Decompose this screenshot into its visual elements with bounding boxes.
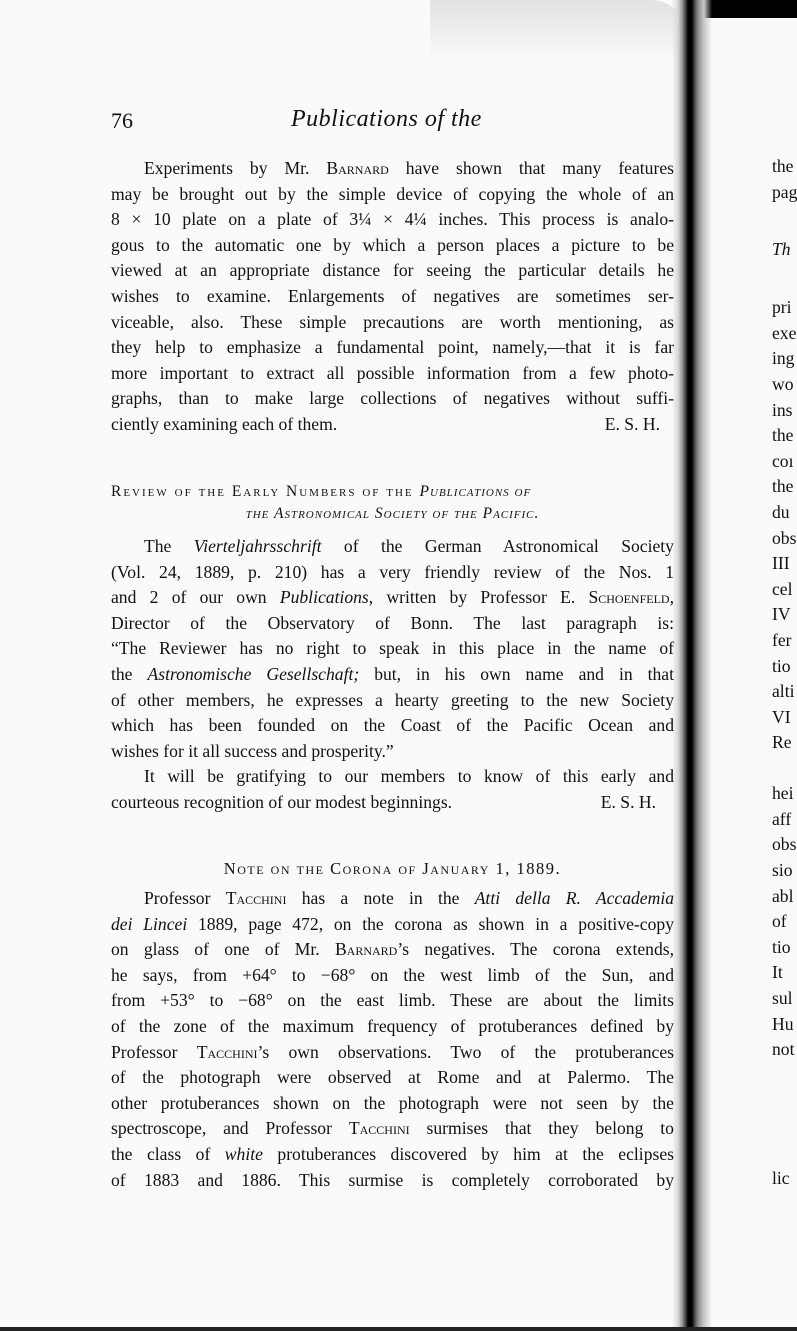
- text-line: (Vol. 24, 1889, p. 210) has a very frien…: [111, 560, 674, 586]
- facing-page-fragment: pri: [772, 295, 792, 321]
- facing-page-fragment: of: [772, 909, 787, 935]
- section-photography-paragraph: Experiments by Mr. Barnard have shown th…: [111, 156, 674, 438]
- facing-page-fragment: III: [772, 551, 790, 577]
- text-line: and 2 of our own Publications, written b…: [111, 585, 674, 611]
- text-line: he says, from +64° to −68° on the west l…: [111, 963, 674, 989]
- section-heading-corona: Note on the Corona of January 1, 1889.: [111, 858, 674, 880]
- text-line: which has been founded on the Coast of t…: [111, 713, 674, 739]
- text-line: spectroscope, and Professor Tacchini sur…: [111, 1116, 674, 1142]
- text-line: of other members, he expresses a hearty …: [111, 688, 674, 714]
- text-line: more important to extract all possible i…: [111, 361, 674, 387]
- facing-page-fragment: sul: [772, 986, 793, 1012]
- text-line: they help to emphasize a fundamental poi…: [111, 335, 674, 361]
- facing-page-fragment: not: [772, 1037, 794, 1063]
- facing-page-fragment: wo: [772, 372, 794, 398]
- facing-page-fragment: Re: [772, 730, 792, 756]
- text-line: of the photograph were observed at Rome …: [111, 1065, 674, 1091]
- text-line: viewed at an appropriate distance for se…: [111, 258, 674, 284]
- text-line: Experiments by Mr. Barnard have shown th…: [111, 156, 674, 182]
- text-line: “The Reviewer has no right to speak in t…: [111, 636, 674, 662]
- running-title: Publications of the: [291, 106, 482, 133]
- signature: E. S. H.: [605, 412, 660, 438]
- facing-page-fragment: pag: [772, 180, 797, 206]
- text-line: Director of the Observatory of Bonn. The…: [111, 611, 674, 637]
- text-line: graphs, than to make large collections o…: [111, 386, 674, 412]
- page-number: 76: [111, 108, 133, 134]
- text-line: 8 × 10 plate on a plate of 3¼ × 4¼ inche…: [111, 207, 674, 233]
- text-line: ciently examining each of them.E. S. H.: [111, 412, 674, 438]
- text-line: Professor Tacchini’s own observations. T…: [111, 1040, 674, 1066]
- facing-page-fragment: obs: [772, 832, 796, 858]
- text-line: It will be gratifying to our members to …: [111, 764, 674, 790]
- text-line: Professor Tacchini has a note in the Att…: [111, 886, 674, 912]
- text-line: gous to the automatic one by which a per…: [111, 233, 674, 259]
- facing-page-fragment: ing: [772, 346, 794, 372]
- facing-page-fragment: obs: [772, 526, 796, 552]
- signature: E. S. H.: [601, 790, 656, 816]
- text-line: may be brought out by the simple device …: [111, 182, 674, 208]
- facing-page-fragment: exe: [772, 321, 796, 347]
- text-line: from +53° to −68° on the east limb. Thes…: [111, 988, 674, 1014]
- facing-page-fragment: the: [772, 474, 794, 500]
- facing-page-fragment: It: [772, 960, 783, 986]
- text-line: other protuberances shown on the photogr…: [111, 1091, 674, 1117]
- facing-page-fragment: alti: [772, 679, 794, 705]
- text-line: viceable, also. These simple precautions…: [111, 310, 674, 336]
- facing-page-fragment: VI: [772, 705, 791, 731]
- facing-page-fragment: tio: [772, 935, 791, 961]
- facing-page-fragment: the: [772, 154, 794, 180]
- text-line: of the zone of the maximum frequency of …: [111, 1014, 674, 1040]
- text-line: dei Lincei 1889, page 472, on the corona…: [111, 912, 674, 938]
- running-head: 76 Publications of the: [111, 108, 671, 140]
- facing-page-fragment: tio: [772, 654, 791, 680]
- facing-page-fragment: abl: [772, 884, 794, 910]
- facing-page-fragment: the: [772, 423, 794, 449]
- text-line: the class of white protuberances discove…: [111, 1142, 674, 1168]
- text-line: courteous recognition of our modest begi…: [111, 790, 674, 816]
- section-corona-body: Professor Tacchini has a note in the Att…: [111, 886, 674, 1193]
- facing-page-fragment: hei: [772, 781, 794, 807]
- facing-page-fragment: Hu: [772, 1012, 794, 1038]
- facing-page-fragment: du: [772, 500, 790, 526]
- section-heading-review: Review of the Early Numbers of the Publi…: [111, 481, 674, 525]
- text-line: The Vierteljahrsschrift of the German As…: [111, 534, 674, 560]
- scan-border-bottom: [0, 1327, 797, 1331]
- section-review-body: The Vierteljahrsschrift of the German As…: [111, 534, 674, 816]
- page-corner-shadow: [430, 0, 690, 60]
- text-line: wishes to examine. Enlargements of negat…: [111, 284, 674, 310]
- text-line: on glass of one of Mr. Barnard’s negativ…: [111, 937, 674, 963]
- facing-page-fragment: lic: [772, 1166, 790, 1192]
- facing-page-fragment: IV: [772, 602, 791, 628]
- text-line: the Astronomische Gesellschaft; but, in …: [111, 662, 674, 688]
- facing-page-fragment: fer: [772, 628, 792, 654]
- book-gutter: [672, 0, 712, 1331]
- facing-page-fragment: ins: [772, 398, 793, 424]
- facing-page-fragment: Th: [772, 237, 791, 263]
- facing-page-fragment: cel: [772, 577, 793, 603]
- facing-page-fragment: coı: [772, 449, 794, 475]
- text-line: wishes for it all success and prosperity…: [111, 739, 674, 765]
- facing-page-fragment: sio: [772, 858, 793, 884]
- facing-page-fragment: aff: [772, 807, 791, 833]
- text-line: of 1883 and 1886. This surmise is comple…: [111, 1168, 674, 1194]
